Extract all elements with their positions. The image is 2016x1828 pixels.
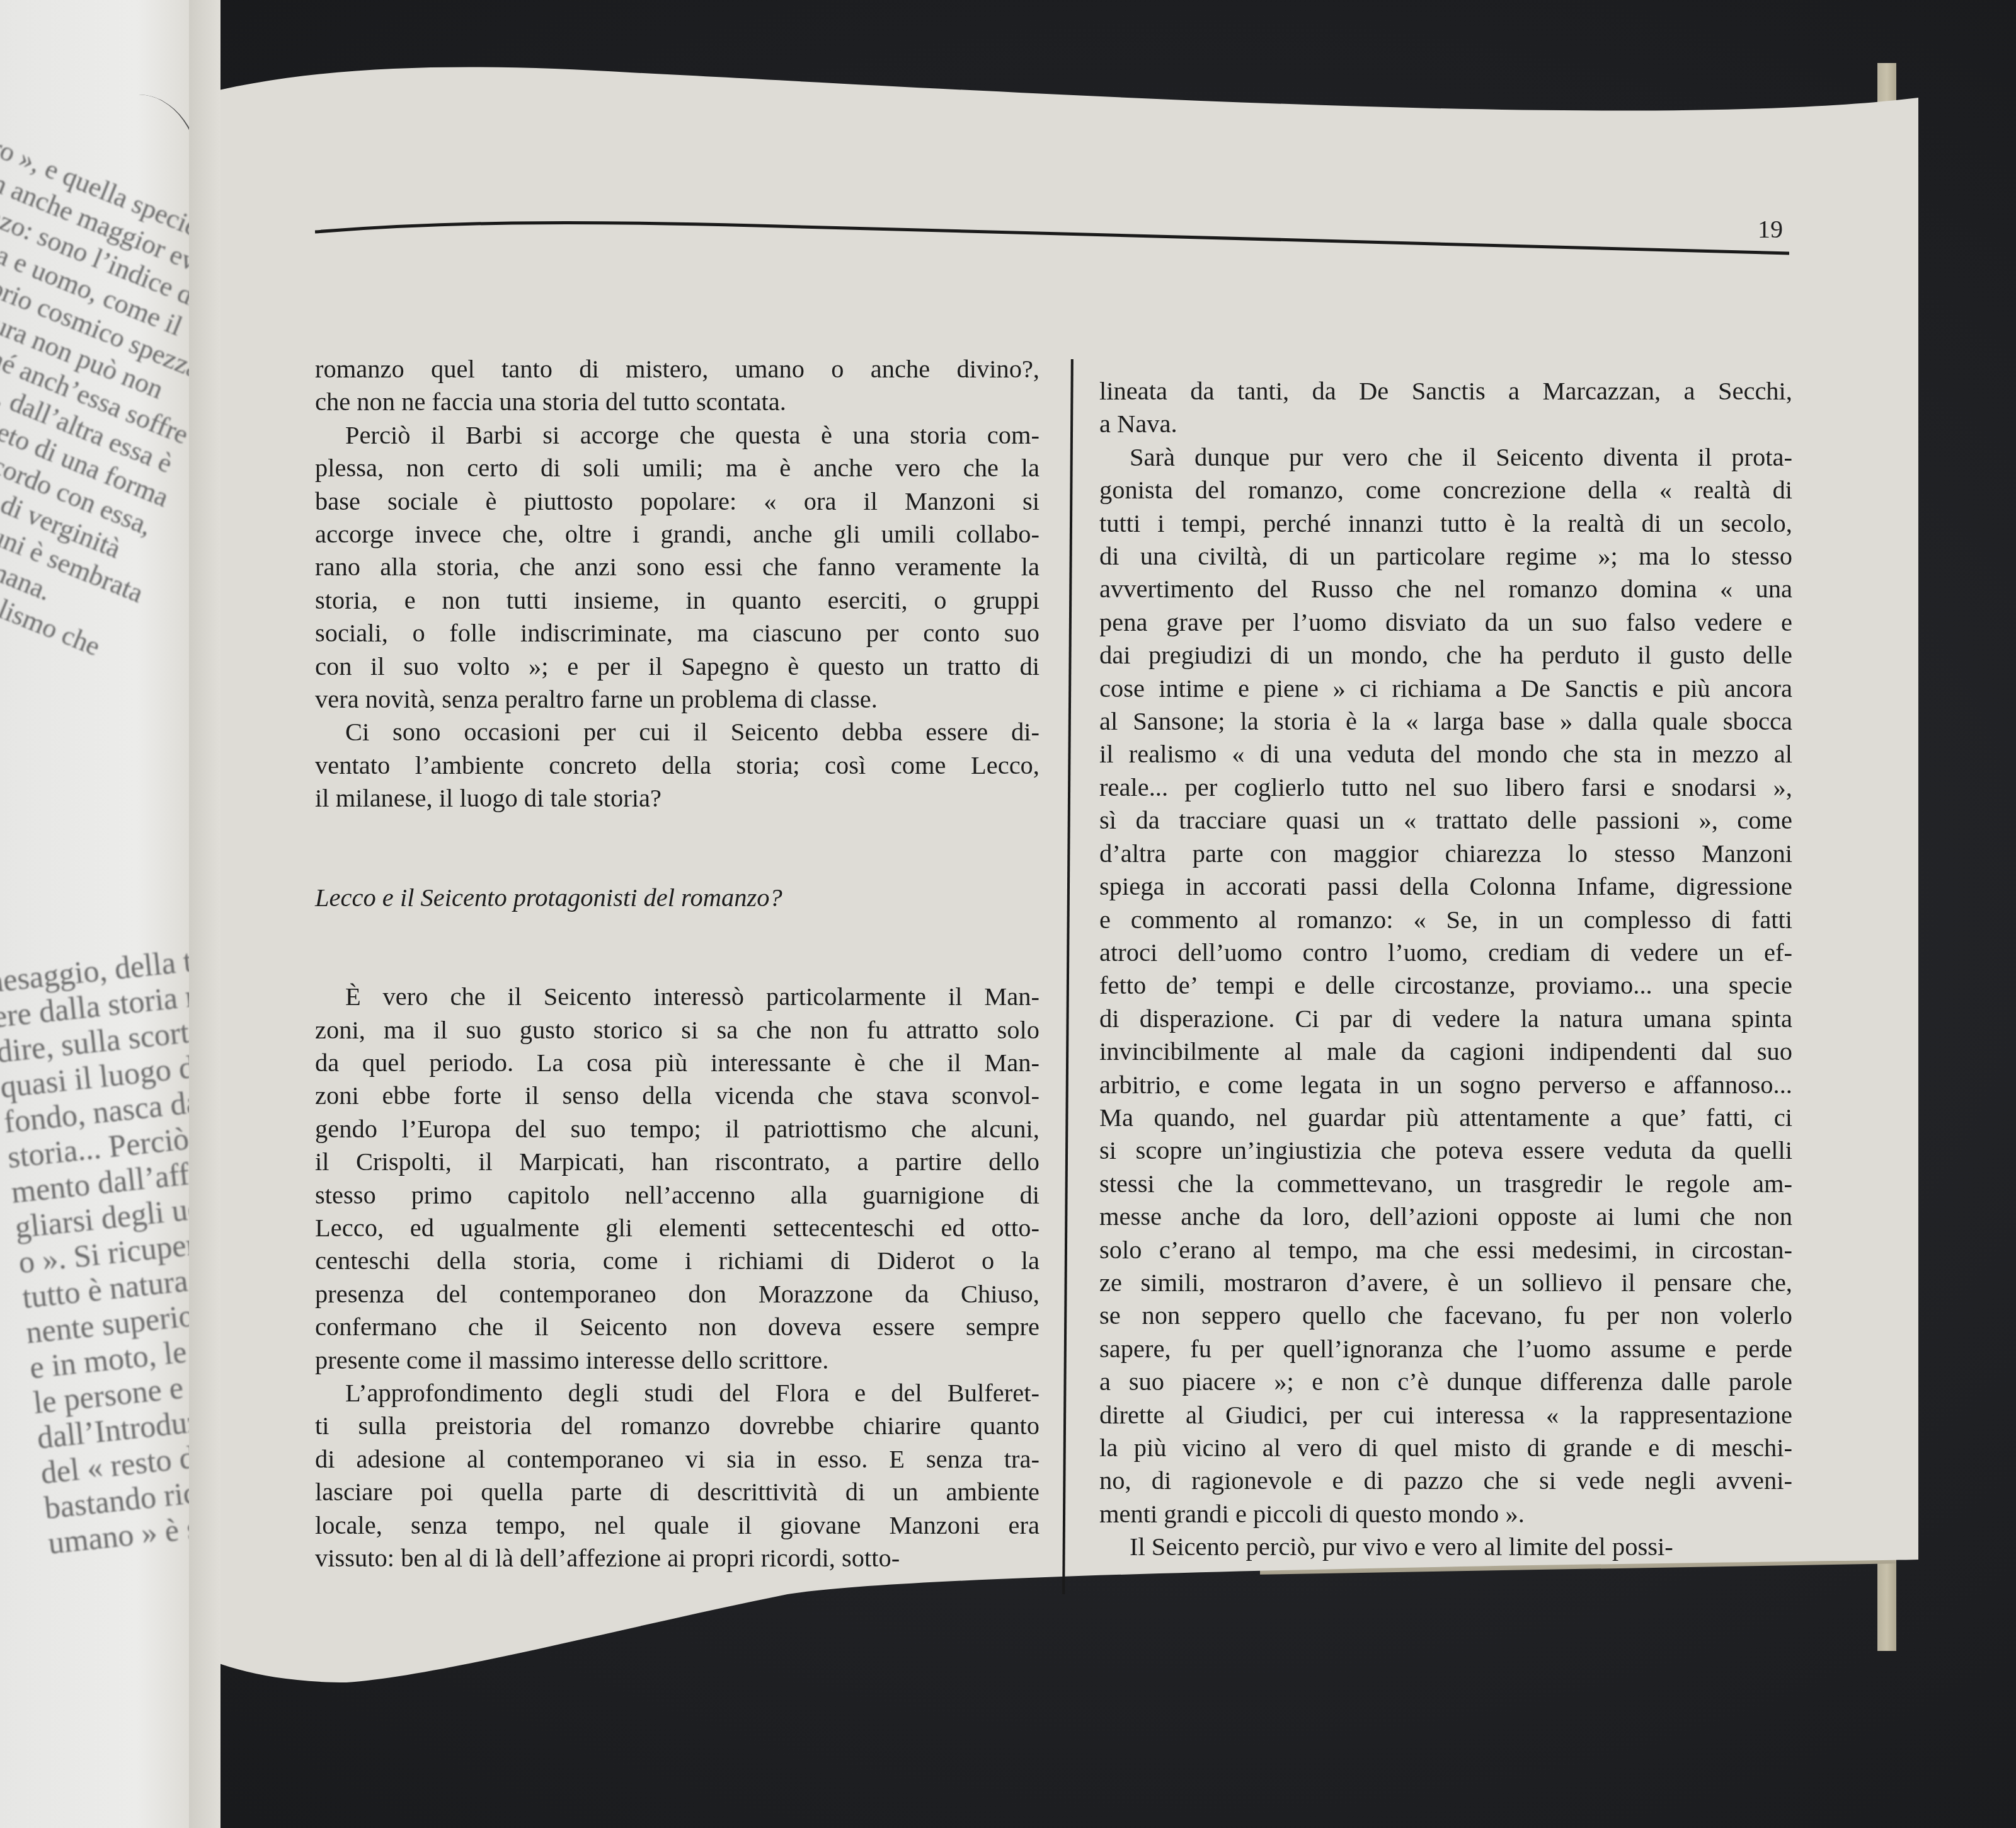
text-line: ze simili, mostraron d’avere, è un solli… — [1099, 1267, 1792, 1299]
text-line: si scopre un’ingiustizia che poteva esse… — [1099, 1134, 1792, 1167]
text-line: confermano che il Seicento non doveva es… — [315, 1311, 1039, 1343]
text-line: storia, e non tutti insieme, in quanto e… — [315, 584, 1039, 617]
paragraph: romanzo quel tanto di mistero, umano o a… — [315, 353, 1039, 419]
left-text-column: romanzo quel tanto di mistero, umano o a… — [315, 353, 1039, 1575]
text-line: gonista del romanzo, come concrezione de… — [1099, 474, 1792, 507]
paragraph: Sarà dunque pur vero che il Seicento div… — [1099, 441, 1792, 1531]
text-line: vera novità, senza peraltro farne un pro… — [315, 683, 1039, 716]
paragraph: Ci sono occasioni per cui il Seicento de… — [315, 716, 1039, 815]
facing-left-page: ero », e quella specie dicon anche maggi… — [0, 0, 195, 1828]
text-line: atroci dell’uomo contro l’uomo, crediam … — [1099, 936, 1792, 969]
text-line: con il suo volto »; e per il Sapegno è q… — [315, 650, 1039, 683]
paragraph: È vero che il Seicento interessò partico… — [315, 980, 1039, 1377]
paragraph: lineata da tanti, da De Sanctis a Marcaz… — [1099, 375, 1792, 441]
text-line: avvertimento del Russo che nel romanzo d… — [1099, 573, 1792, 606]
header-rule — [315, 221, 1789, 258]
text-line: tutti i tempi, perché innanzi tutto è la… — [1099, 507, 1792, 540]
book-gutter — [189, 0, 220, 1828]
text-line: a Nava. — [1099, 408, 1792, 440]
text-line: se non seppero quello che facevano, fu p… — [1099, 1299, 1792, 1332]
paragraph: L’approfondimento degli studi del Flora … — [315, 1377, 1039, 1575]
text-line: a suo piacere »; e non c’è dunque differ… — [1099, 1365, 1792, 1398]
text-line: Ma quando, nel guardar più attentamente … — [1099, 1101, 1792, 1134]
facing-page-rule — [139, 95, 195, 183]
text-line: gendo l’Europa del suo tempo; il patriot… — [315, 1113, 1039, 1146]
text-line: sociali, o folle indiscriminate, ma cias… — [315, 617, 1039, 650]
text-line: dirette al Giudici, per cui interessa « … — [1099, 1399, 1792, 1432]
text-line: romanzo quel tanto di mistero, umano o a… — [315, 353, 1039, 386]
text-line: sì da tracciare quasi un « trattato dell… — [1099, 804, 1792, 837]
text-line: cose intime e piene » ci richiama a De S… — [1099, 672, 1792, 705]
text-line: stesso primo capitolo nell’accenno alla … — [315, 1179, 1039, 1212]
text-line: vissuto: ben al di là dell’affezione ai … — [315, 1542, 1039, 1575]
text-line: locale, senza tempo, nel quale il giovan… — [315, 1509, 1039, 1542]
text-line: il Crispolti, il Marpicati, han riscontr… — [315, 1146, 1039, 1178]
text-line: È vero che il Seicento interessò partico… — [315, 980, 1039, 1013]
text-line: arbitrio, e come legata in un sogno perv… — [1099, 1069, 1792, 1101]
text-line: no, di ragionevole e di pazzo che si ved… — [1099, 1464, 1792, 1497]
text-line: al Sansone; la storia è la « larga base … — [1099, 705, 1792, 738]
text-line: di disperazione. Ci par di vedere la nat… — [1099, 1003, 1792, 1035]
text-line: lasciare poi quella parte di descrittivi… — [315, 1476, 1039, 1509]
text-line: menti grandi e piccoli di questo mondo »… — [1099, 1498, 1792, 1531]
text-line: ti sulla preistoria del romanzo dovrebbe… — [315, 1410, 1039, 1442]
text-line: solo c’erano al tempo, ma che essi medes… — [1099, 1234, 1792, 1267]
text-line: presenza del contemporaneo don Morazzone… — [315, 1278, 1039, 1311]
text-line: stessi che la commettevano, un trasgredi… — [1099, 1168, 1792, 1200]
text-line: il milanese, il luogo di tale storia? — [315, 782, 1039, 815]
text-line: Il Seicento perciò, pur vivo e vero al l… — [1099, 1531, 1792, 1563]
text-line: Ci sono occasioni per cui il Seicento de… — [315, 716, 1039, 749]
text-line: rano alla storia, che anzi sono essi che… — [315, 551, 1039, 583]
paragraph: Perciò il Barbi si accorge che questa è … — [315, 419, 1039, 716]
text-line: fetto de’ tempi e delle circostanze, pro… — [1099, 969, 1792, 1002]
text-line: Sarà dunque pur vero che il Seicento div… — [1099, 441, 1792, 474]
text-line: la più vicino al vero di quel misto di g… — [1099, 1432, 1792, 1464]
text-line: dai pregiudizi di un mondo, che ha perdu… — [1099, 639, 1792, 672]
text-line: zoni ebbe forte il senso della vicenda c… — [315, 1079, 1039, 1112]
text-line: messe anche da loro, dell’azioni opposte… — [1099, 1200, 1792, 1233]
text-line: spiega in accorati passi della Colonna I… — [1099, 870, 1792, 903]
right-text-column: lineata da tanti, da De Sanctis a Marcaz… — [1099, 375, 1792, 1564]
text-line: di adesione al contemporaneo vi sia in e… — [315, 1443, 1039, 1476]
text-line: il realismo « di una veduta del mondo ch… — [1099, 738, 1792, 771]
text-line: invincibilmente al male da cagioni indip… — [1099, 1035, 1792, 1068]
text-line: di una civiltà, di un particolare regime… — [1099, 540, 1792, 573]
text-line: da quel periodo. La cosa più interessant… — [315, 1047, 1039, 1079]
facing-page-text-top: ero », e quella specie dicon anche maggi… — [0, 126, 195, 701]
text-line: pena grave per l’uomo disviato da un suo… — [1099, 606, 1792, 639]
text-line: ventato l’ambiente concreto della storia… — [315, 749, 1039, 782]
text-line: accorge invece che, oltre i grandi, anch… — [315, 518, 1039, 551]
text-line: Perciò il Barbi si accorge che questa è … — [315, 419, 1039, 452]
text-line: L’approfondimento degli studi del Flora … — [315, 1377, 1039, 1410]
page-number: 19 — [1758, 214, 1783, 244]
text-line: lineata da tanti, da De Sanctis a Marcaz… — [1099, 375, 1792, 408]
text-line: d’altra parte con maggior chiarezza lo s… — [1099, 837, 1792, 870]
text-line: presente come il massimo interesse dello… — [315, 1344, 1039, 1377]
text-line: reale... per coglierlo tutto nel suo lib… — [1099, 771, 1792, 804]
text-line: plessa, non certo di soli umili; ma è an… — [315, 452, 1039, 485]
text-line: base sociale è piuttosto popolare: « ora… — [315, 485, 1039, 518]
text-line: e commento al romanzo: « Se, in un compl… — [1099, 904, 1792, 936]
text-line: centeschi della storia, come i richiami … — [315, 1245, 1039, 1277]
text-line: zoni, ma il suo gusto storico si sa che … — [315, 1014, 1039, 1047]
text-line: sapere, fu per quell’ignoranza che l’uom… — [1099, 1333, 1792, 1365]
facing-page-text-bottom: aesaggio, della topografia, èere dalla s… — [0, 924, 195, 1561]
text-line: che non ne faccia una storia del tutto s… — [315, 386, 1039, 418]
section-heading: Lecco e il Seicento protagonisti del rom… — [315, 882, 1039, 914]
text-line: Lecco, ed ugualmente gli elementi settec… — [315, 1212, 1039, 1245]
paragraph: Il Seicento perciò, pur vivo e vero al l… — [1099, 1531, 1792, 1563]
